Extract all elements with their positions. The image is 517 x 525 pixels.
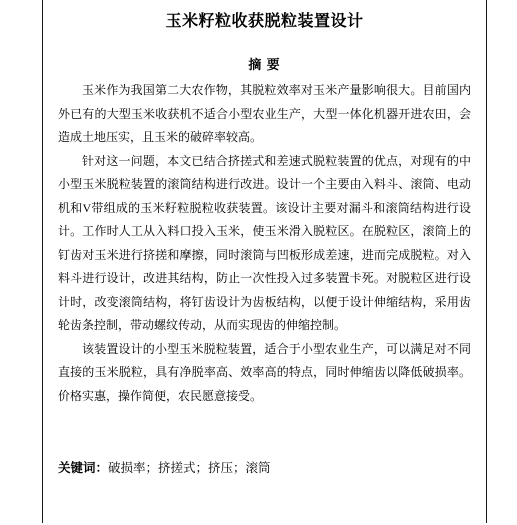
abstract-paragraph-3: 该装置设计的小型玉米脱粒装置，适合于小型农业生产，可以满足对不同直接的玉米脱粒，…: [58, 338, 471, 409]
text-boundary-left-line: [42, 0, 43, 523]
abstract-heading: 摘 要: [58, 57, 471, 73]
document-title: 玉米籽粒收获脱粒装置设计: [58, 12, 471, 32]
abstract-paragraph-1: 玉米作为我国第二大农作物，其脱粒效率对玉米产量影响很大。目前国内外已有的大型玉米…: [58, 79, 471, 150]
keywords-value: 破损率；挤搓式；挤压；滚筒: [108, 461, 271, 475]
document-page: 玉米籽粒收获脱粒装置设计 摘 要 玉米作为我国第二大农作物，其脱粒效率对玉米产量…: [0, 0, 517, 525]
text-boundary-right-line: [486, 0, 487, 523]
abstract-body: 玉米作为我国第二大农作物，其脱粒效率对玉米产量影响很大。目前国内外已有的大型玉米…: [58, 79, 471, 408]
keywords-label: 关键词：: [58, 461, 108, 475]
keywords-line: 关键词：破损率；挤搓式；挤压；滚筒: [58, 458, 471, 478]
document-content: 玉米籽粒收获脱粒装置设计 摘 要 玉米作为我国第二大农作物，其脱粒效率对玉米产量…: [58, 0, 471, 478]
abstract-paragraph-2: 针对这一问题，本文已结合挤搓式和差速式脱粒装置的优点，对现有的中小型玉米脱粒装置…: [58, 150, 471, 338]
